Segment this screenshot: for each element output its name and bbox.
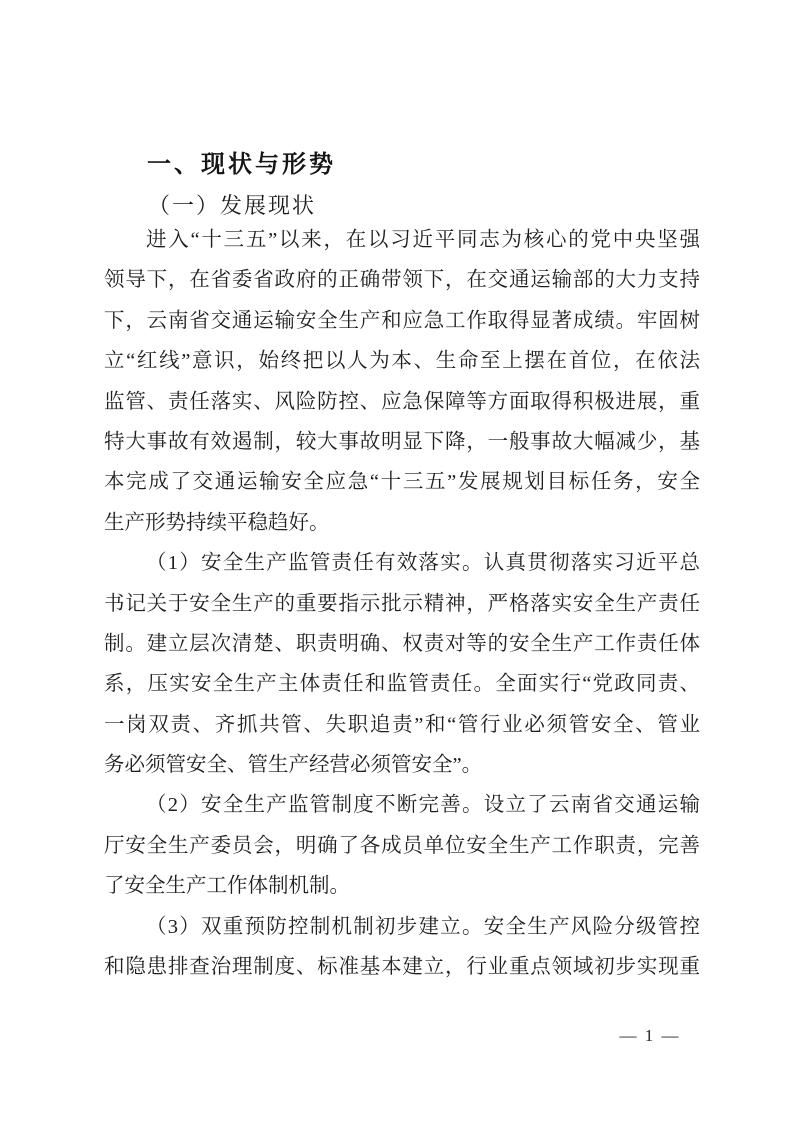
body-line: 生产形势持续平稳趋好。 [104, 503, 700, 543]
body-line: 了安全生产工作体制机制。 [104, 866, 700, 906]
body-line: 监管、责任落实、风险防控、应急保障等方面取得积极进展，重 [104, 382, 700, 422]
body-line: 书记关于安全生产的重要指示批示精神，严格落实安全生产责任 [104, 584, 700, 624]
body-line: 一岗双责、齐抓共管、失职追责”和“管行业必须管安全、管业 [104, 705, 700, 745]
body-line: （2）安全生产监管制度不断完善。设立了云南省交通运输 [104, 785, 700, 825]
body-line: （1）安全生产监管责任有效落实。认真贯彻落实习近平总 [104, 543, 700, 583]
subsection-heading: （一）发展现状 [148, 192, 316, 220]
body-line: 特大事故有效遏制，较大事故明显下降，一般事故大幅减少，基 [104, 422, 700, 462]
body-line: （3）双重预防控制机制初步建立。安全生产风险分级管控 [104, 907, 700, 947]
body-line: 下，云南省交通运输安全生产和应急工作取得显著成绩。牢固树 [104, 301, 700, 341]
body-text: 进入“十三五”以来，在以习近平同志为核心的党中央坚强 领导下，在省委省政府的正确… [104, 220, 700, 987]
body-line: 系，压实安全生产主体责任和监管责任。全面实行“党政同责、 [104, 664, 700, 704]
body-line: 进入“十三五”以来，在以习近平同志为核心的党中央坚强 [104, 220, 700, 260]
page-number: — 1 — [600, 1026, 700, 1046]
section-heading: 一、现状与形势 [147, 152, 336, 178]
body-line: 厅安全生产委员会，明确了各成员单位安全生产工作职责，完善 [104, 826, 700, 866]
body-line: 制。建立层次清楚、职责明确、权责对等的安全生产工作责任体 [104, 624, 700, 664]
body-line: 立“红线”意识，始终把以人为本、生命至上摆在首位，在依法 [104, 341, 700, 381]
body-line: 和隐患排查治理制度、标准基本建立，行业重点领域初步实现重 [104, 947, 700, 987]
document-page: 一、现状与形势 （一）发展现状 进入“十三五”以来，在以习近平同志为核心的党中央… [0, 0, 800, 1131]
body-line: 务必须管安全、管生产经营必须管安全”。 [104, 745, 700, 785]
body-line: 本完成了交通运输安全应急“十三五”发展规划目标任务，安全 [104, 462, 700, 502]
body-line: 领导下，在省委省政府的正确带领下，在交通运输部的大力支持 [104, 260, 700, 300]
